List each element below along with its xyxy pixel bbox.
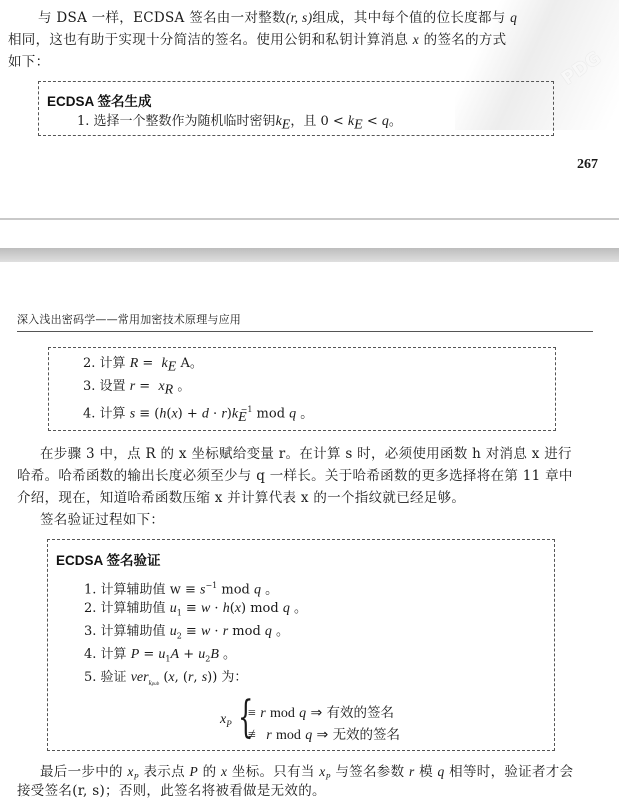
running-head-rule xyxy=(17,331,593,332)
step-text: 计算 xyxy=(100,356,130,371)
step-text: 验证 xyxy=(101,670,131,685)
signing-algorithm-box: ECDSA 签名生成 1. 选择一个整数作为随机临时密钥kE，且 0 < kE … xyxy=(38,81,554,136)
step-suffix: 为： xyxy=(217,670,247,685)
cases-lhs: xP xyxy=(220,712,232,729)
paragraph3: 签名验证过程如下： xyxy=(40,509,164,531)
paragraph2-line2: 哈希。哈希函数的输出长度必须至少与 q 一样长。关于哈希函数的更多选择将在第 1… xyxy=(17,465,573,487)
intro-text-b: 组成，其中每个值的位长度都与 xyxy=(312,10,510,26)
signing-step-4: 4. 计算 s ≡ (h(x) + d · r)kE−1 mod q 。 xyxy=(83,400,313,428)
paragraph2-line1: 在步骤 3 中，点 R 的 x 坐标赋给变量 r。在计算 s 时，必须使用函数 … xyxy=(40,443,572,465)
paragraph4-line2: 接受签名(r, s)；否则，此签名将被看做是无效的。 xyxy=(17,780,326,801)
var-q: q xyxy=(382,114,389,129)
step-text: 计算辅助值 xyxy=(101,624,170,639)
intro-text-d: 的签名的方式 xyxy=(419,32,506,48)
signing-step-3: 3. 设置 r = xR 。 xyxy=(83,377,190,401)
step-number: 1. xyxy=(77,114,89,129)
signing-box-title: ECDSA 签名生成 xyxy=(47,90,152,110)
step-text: 选择一个整数作为随机临时密钥 xyxy=(94,114,276,129)
step-text: 计算辅助值 xyxy=(101,601,170,616)
running-head: 深入浅出密码学——常用加密技术原理与应用 xyxy=(17,311,241,327)
step-number: 3. xyxy=(83,379,95,394)
intro-paragraph-line3: 如下： xyxy=(8,51,49,73)
intro-text-c: 相同，这也有助于实现十分简洁的签名。使用公钥和私钥计算消息 xyxy=(8,32,413,48)
page-number: 267 xyxy=(577,157,598,173)
intro-text-a: 与 DSA 一样，ECDSA 签名由一对整数 xyxy=(38,10,286,26)
page-edge-line xyxy=(0,218,619,220)
step-number: 5. xyxy=(84,670,96,685)
step-number: 2. xyxy=(83,356,95,371)
cond-pre: ，且 0 < xyxy=(290,114,348,129)
verify-step-3: 3. 计算辅助值 u2 ≡ w · r mod q 。 xyxy=(84,622,289,647)
verify-step-2: 2. 计算辅助值 u1 ≡ w · h(x) mod q 。 xyxy=(84,599,307,624)
cond-post: < xyxy=(363,114,382,129)
verify-step-1: 1. 计算辅助值 w ≡ s−1 mod q 。 xyxy=(84,576,278,600)
case-valid-result: 有效的签名 xyxy=(326,705,394,721)
case-invalid: ≢ r mod q ⇒ 无效的签名 xyxy=(248,723,400,744)
intro-var-q: q xyxy=(510,10,517,25)
step-number: 4. xyxy=(83,406,95,421)
period: 。 xyxy=(389,114,402,129)
paragraph2-line3: 介绍，现在，知道哈希函数压缩 x 并计算代表 x 的一个指纹就已经足够。 xyxy=(17,487,465,509)
intro-paragraph-line1: 与 DSA 一样，ECDSA 签名由一对整数(r, s)组成，其中每个值的位长度… xyxy=(38,7,517,29)
verify-step-5: 5. 验证 verkpub (x, (r, s)) 为： xyxy=(84,668,247,695)
intro-paragraph-line2: 相同，这也有助于实现十分简洁的签名。使用公钥和私钥计算消息 x 的签名的方式 xyxy=(8,29,507,51)
step-text: 设置 xyxy=(100,379,130,394)
intro-pair-rs: (r, s) xyxy=(286,10,313,25)
step-text: 计算辅助值 xyxy=(101,582,170,597)
signing-step-1: 1. 选择一个整数作为随机临时密钥kE，且 0 < kE < q。 xyxy=(77,112,402,136)
case-invalid-result: 无效的签名 xyxy=(333,727,401,743)
step-number: 1. xyxy=(84,582,96,597)
step-text: 计算 xyxy=(100,406,130,421)
step-number: 3. xyxy=(84,624,96,639)
verification-cases: xP { ≡ r mod q ⇒ 有效的签名 ≢ r mod q ⇒ 无效的签名 xyxy=(218,700,448,746)
verify-box-title: ECDSA 签名验证 xyxy=(56,549,161,569)
case-valid: ≡ r mod q ⇒ 有效的签名 xyxy=(248,701,394,722)
signing-step-2: 2. 计算 R = kE A。 xyxy=(83,354,203,378)
step-number: 4. xyxy=(84,647,96,662)
cond-sub-e: E xyxy=(354,118,363,133)
signing-algorithm-box-continued: 2. 计算 R = kE A。 3. 设置 r = xR 。 4. 计算 s ≡… xyxy=(48,347,556,431)
verify-step-4: 4. 计算 P = u1A + u2B 。 xyxy=(84,645,236,670)
step-text: 计算 xyxy=(101,647,131,662)
step-number: 2. xyxy=(84,601,96,616)
